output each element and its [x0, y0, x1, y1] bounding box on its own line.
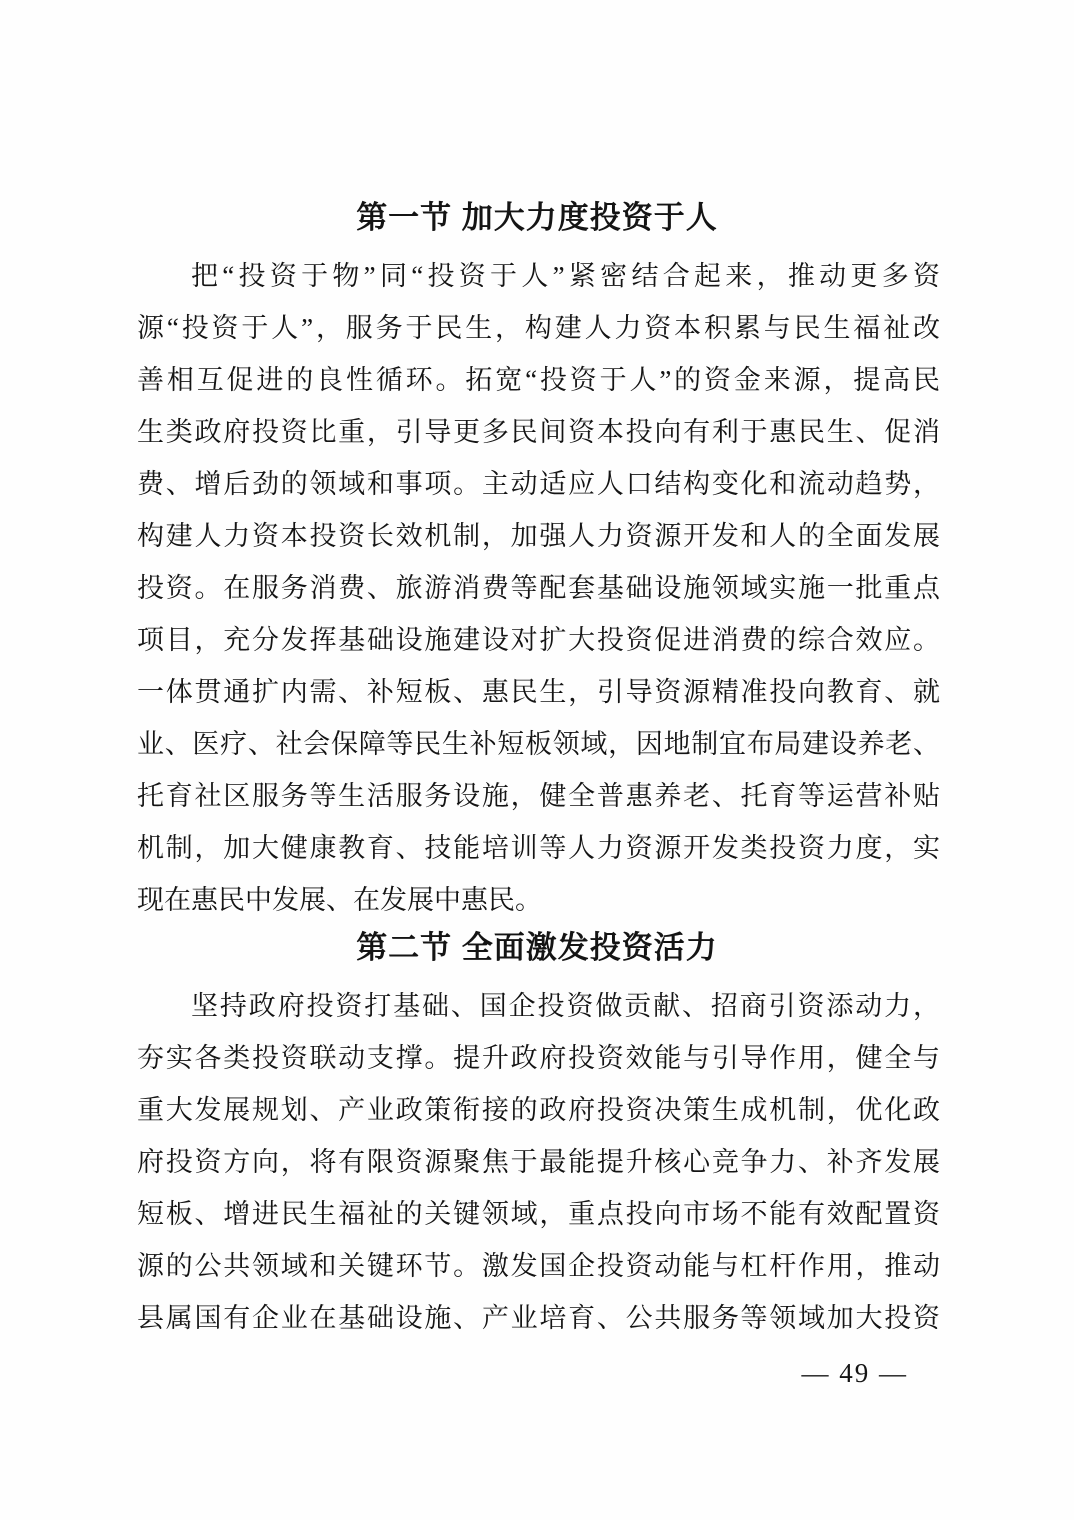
body-line: 夯实各类投资联动支撑。提升政府投资效能与引导作用，健全与 [137, 1032, 940, 1084]
body-line: 坚持政府投资打基础、国企投资做贡献、招商引资添动力， [137, 980, 940, 1032]
section-heading-1: 第一节 加大力度投资于人 [137, 196, 937, 240]
body-line: 费、增后劲的领域和事项。主动适应人口结构变化和流动趋势， [137, 458, 940, 510]
body-line: 现在惠民中发展、在发展中惠民。 [137, 874, 940, 926]
body-line: 府投资方向，将有限资源聚焦于最能提升核心竞争力、补齐发展 [137, 1136, 940, 1188]
body-line: 源的公共领域和关键环节。激发国企投资动能与杠杆作用，推动 [137, 1240, 940, 1292]
section-heading-2: 第二节 全面激发投资活力 [137, 926, 937, 970]
body-line: 构建人力资本投资长效机制，加强人力资源开发和人的全面发展 [137, 510, 940, 562]
paragraph-2: 坚持政府投资打基础、国企投资做贡献、招商引资添动力， 夯实各类投资联动支撑。提升… [137, 980, 940, 1344]
page-number: — 49 — [802, 1356, 909, 1390]
paragraph-1: 把“投资于物”同“投资于人”紧密结合起来，推动更多资 源“投资于人”，服务于民生… [137, 250, 940, 926]
body-line: 善相互促进的良性循环。拓宽“投资于人”的资金来源，提高民 [137, 354, 940, 406]
document-page: 第一节 加大力度投资于人 把“投资于物”同“投资于人”紧密结合起来，推动更多资 … [0, 0, 1074, 1520]
body-line: 短板、增进民生福祉的关键领域，重点投向市场不能有效配置资 [137, 1188, 940, 1240]
body-line: 县属国有企业在基础设施、产业培育、公共服务等领域加大投资 [137, 1292, 940, 1344]
body-line: 托育社区服务等生活服务设施，健全普惠养老、托育等运营补贴 [137, 770, 940, 822]
body-line: 源“投资于人”，服务于民生，构建人力资本积累与民生福祉改 [137, 302, 940, 354]
body-line: 一体贯通扩内需、补短板、惠民生，引导资源精准投向教育、就 [137, 666, 940, 718]
body-line: 投资。在服务消费、旅游消费等配套基础设施领域实施一批重点 [137, 562, 940, 614]
body-line: 重大发展规划、产业政策衔接的政府投资决策生成机制，优化政 [137, 1084, 940, 1136]
body-line: 业、医疗、社会保障等民生补短板领域，因地制宜布局建设养老、 [137, 718, 940, 770]
body-line: 项目，充分发挥基础设施建设对扩大投资促进消费的综合效应。 [137, 614, 940, 666]
body-line: 生类政府投资比重，引导更多民间资本投向有利于惠民生、促消 [137, 406, 940, 458]
body-line: 机制，加大健康教育、技能培训等人力资源开发类投资力度，实 [137, 822, 940, 874]
body-line: 把“投资于物”同“投资于人”紧密结合起来，推动更多资 [137, 250, 940, 302]
